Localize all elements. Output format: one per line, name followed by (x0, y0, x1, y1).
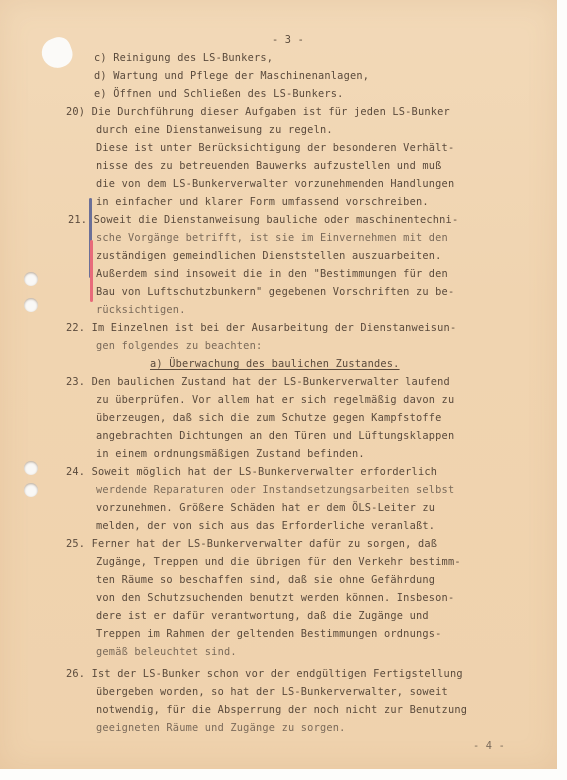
paragraph-20-line: die von dem LS-Bunkerverwalter vorzunehm… (96, 178, 454, 190)
paragraph-21-line: Außerdem sind insoweit die in den "Besti… (96, 268, 448, 280)
document-page: - 3 - c) Reinigung des LS-Bunkers, d) Wa… (0, 0, 557, 769)
paragraph-22-line: 22. Im Einzelnen ist bei der Ausarbeitun… (66, 322, 456, 334)
paragraph-24-line: melden, der von sich aus das Erforderlic… (96, 520, 435, 532)
torn-corner (38, 34, 76, 72)
paragraph-21-line: sche Vorgänge betrifft, ist sie im Einve… (96, 232, 448, 244)
paragraph-20-line: in einfacher und klarer Form umfassend v… (96, 196, 429, 208)
paragraph-25-line: dere ist er dafür verantwortung, daß die… (96, 610, 429, 622)
page-number-top: - 3 - (272, 34, 304, 46)
paragraph-23-line: überzeugen, daß sich die zum Schutze geg… (96, 412, 442, 424)
paragraph-25-line: 25. Ferner hat der LS-Bunkerverwalter da… (66, 538, 437, 550)
paragraph-26-line: 26. Ist der LS-Bunker schon vor der endg… (66, 668, 463, 680)
paragraph-21-line: rücksichtigen. (96, 304, 186, 316)
text-line: c) Reinigung des LS-Bunkers, (94, 52, 273, 64)
paragraph-20-line: nisse des zu betreuenden Bauwerks aufzus… (96, 160, 442, 172)
paragraph-23-line: in einem ordnungsmäßigen Zustand befinde… (96, 448, 365, 460)
paragraph-24-line: werdende Reparaturen oder Instandsetzung… (96, 484, 454, 496)
paragraph-21-line: Bau von Luftschutzbunkern" gegebenen Vor… (96, 286, 454, 298)
section-heading-a: a) Überwachung des baulichen Zustandes. (150, 358, 400, 370)
page-number-next: - 4 - (473, 740, 505, 752)
punch-hole (24, 461, 38, 475)
paragraph-23-line: angebrachten Dichtungen an den Türen und… (96, 430, 454, 442)
paragraph-26-line: geeigneten Räume und Zugänge zu sorgen. (96, 722, 346, 734)
paragraph-24-line: 24. Soweit möglich hat der LS-Bunkerverw… (66, 466, 437, 478)
punch-hole (24, 298, 38, 312)
text-line: d) Wartung und Pflege der Maschinenanlag… (94, 70, 369, 82)
paragraph-25-line: ten Räume so beschaffen sind, daß sie oh… (96, 574, 435, 586)
paragraph-26-line: notwendig, für die Absperrung der noch n… (96, 704, 467, 716)
paragraph-26-line: übergeben worden, so hat der LS-Bunkerve… (96, 686, 448, 698)
paragraph-20-line: durch eine Dienstanweisung zu regeln. (96, 124, 333, 136)
paragraph-21-line: 21. Soweit die Dienstanweisung bauliche … (68, 214, 458, 226)
paragraph-20-line: 20) Die Durchführung dieser Aufgaben ist… (66, 106, 450, 118)
paragraph-20-line: Diese ist unter Berücksichtigung der bes… (96, 142, 454, 154)
punch-hole (24, 272, 38, 286)
paragraph-25-line: gemäß beleuchtet sind. (96, 646, 237, 658)
paragraph-24-line: vorzunehmen. Größere Schäden hat er dem … (96, 502, 435, 514)
paragraph-25-line: Treppen im Rahmen der geltenden Bestimmu… (96, 628, 442, 640)
paragraph-23-line: zu überprüfen. Vor allem hat er sich reg… (96, 394, 454, 406)
paragraph-25-line: von den Schutzsuchenden benutzt werden k… (96, 592, 454, 604)
paragraph-25-line: Zugänge, Treppen und die übrigen für den… (96, 556, 461, 568)
paragraph-22-line: gen folgendes zu beachten: (96, 340, 262, 352)
paragraph-21-line: zuständigen gemeindlichen Dienststellen … (96, 250, 442, 262)
margin-mark-red (90, 240, 93, 302)
paragraph-23-line: 23. Den baulichen Zustand hat der LS-Bun… (66, 376, 450, 388)
text-line: e) Öffnen und Schließen des LS-Bunkers. (94, 88, 344, 100)
punch-hole (24, 483, 38, 497)
